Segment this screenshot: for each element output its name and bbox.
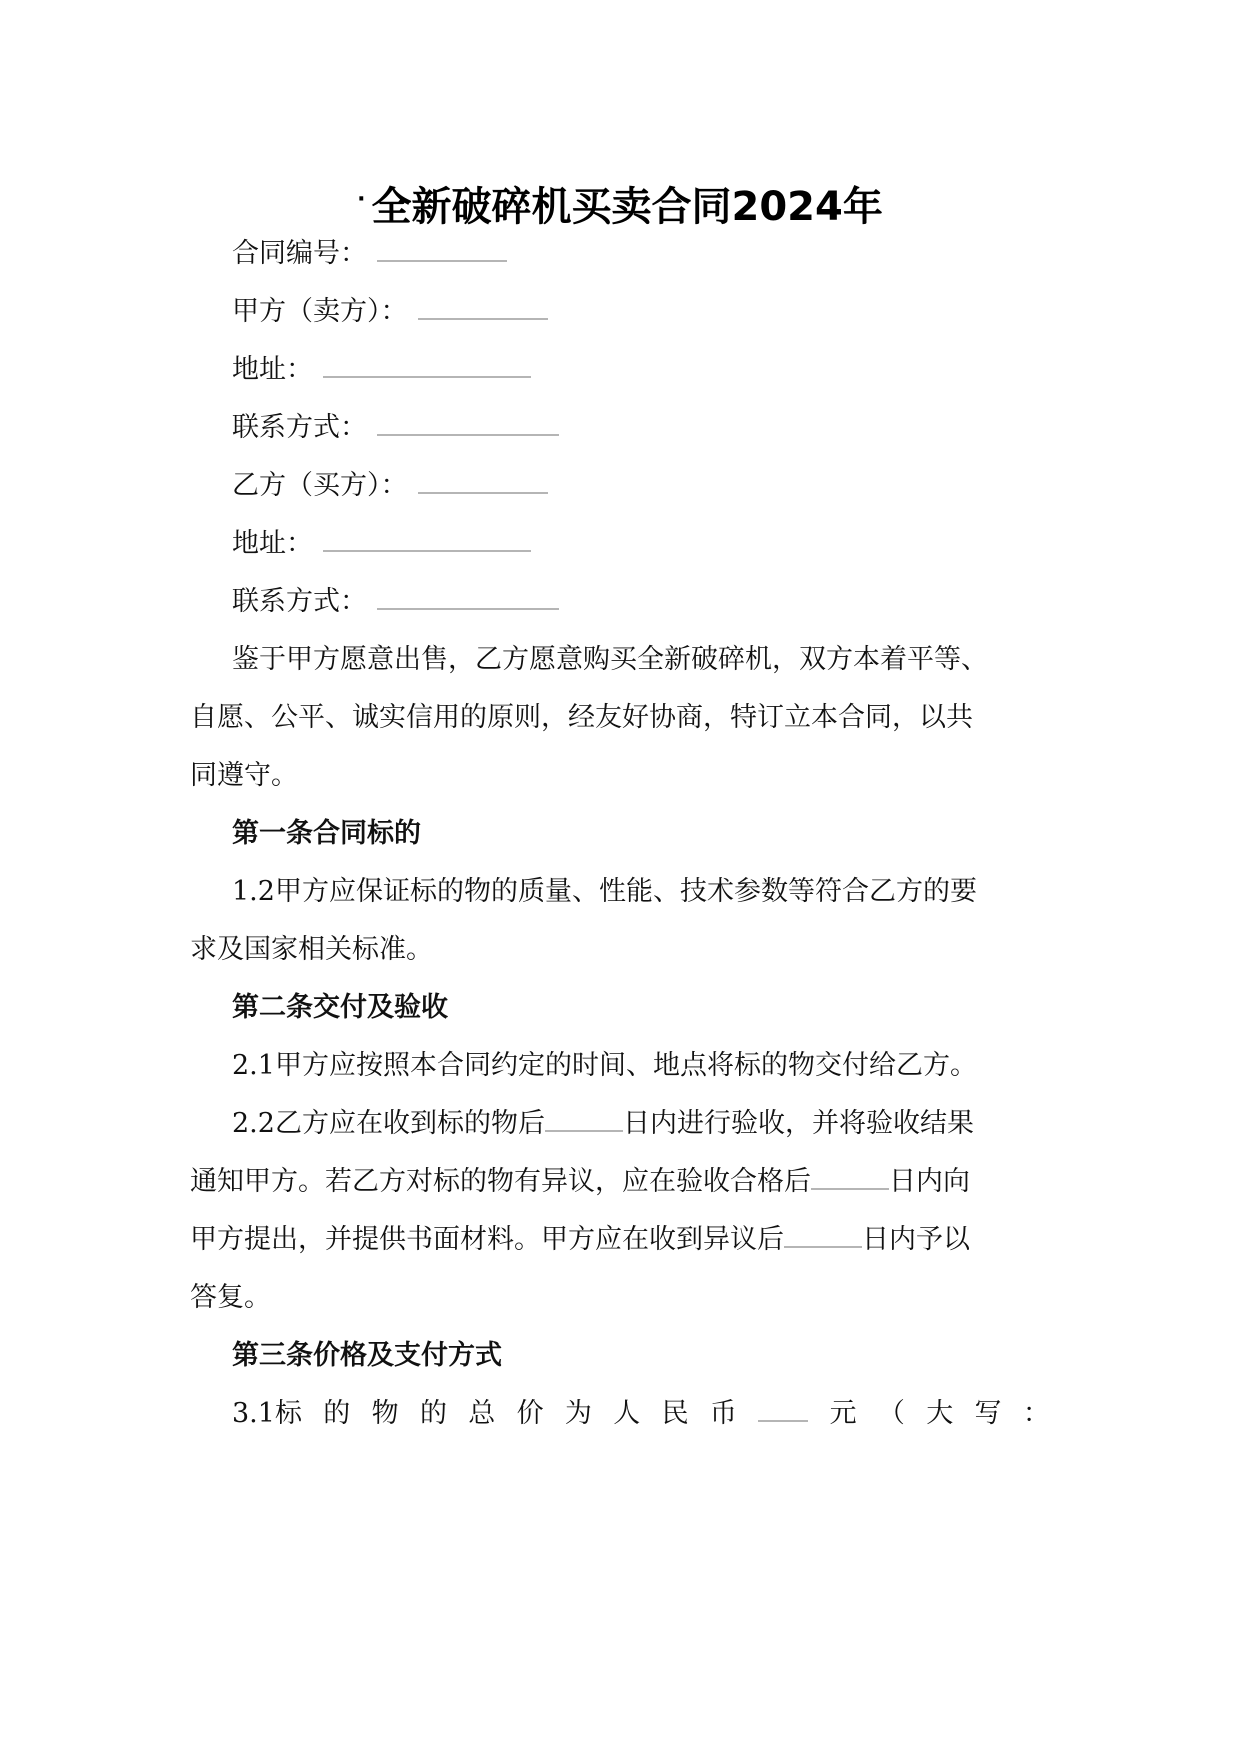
field-label: 合同编号： (232, 234, 367, 274)
clause-text: 日内予以 (862, 1224, 970, 1255)
clause-char: 币 (710, 1394, 737, 1434)
preamble-line-2: 自愿、公平、诚实信用的原则，经友好协商，特订立本合同，以共 (190, 698, 1050, 738)
clause-2-2-line-3: 甲方提出，并提供书面材料。甲方应在收到异议后日内予以 (190, 1220, 1050, 1260)
clause-char: 物 (372, 1394, 399, 1434)
section-2-heading: 第二条交付及验收 (232, 988, 1050, 1028)
field-party-a: 甲方（卖方）： (232, 290, 1050, 332)
total-price-blank[interactable] (758, 1394, 808, 1422)
title-text: 全新破碎机买卖合同2024年 (372, 184, 883, 230)
contract-number-blank[interactable] (377, 232, 507, 262)
clause-char: 人 (613, 1394, 640, 1434)
field-label: 地址： (232, 350, 313, 390)
preamble-line-3: 同遵守。 (190, 756, 1050, 796)
field-party-b-address: 地址： (232, 522, 1050, 564)
clause-char: 为 (565, 1394, 592, 1434)
field-label: 地址： (232, 524, 313, 564)
clause-char: 的 (420, 1394, 447, 1434)
inspection-days-blank[interactable] (545, 1104, 623, 1132)
clause-char: 总 (468, 1394, 495, 1434)
clause-3-1-line-1: 3.1标 的 物 的 总 价 为 人 民 币 元 （ 大 写 ： (232, 1394, 1050, 1434)
clause-text: 通知甲方。若乙方对标的物有异议，应在验收合格后 (190, 1166, 811, 1197)
reply-days-blank[interactable] (784, 1220, 862, 1248)
field-label: 甲方（卖方）： (232, 292, 408, 332)
party-b-contact-blank[interactable] (377, 580, 559, 610)
clause-1-2-line-2: 求及国家相关标准。 (190, 930, 1050, 970)
clause-2-2-line-1: 2.2乙方应在收到标的物后日内进行验收，并将验收结果 (232, 1104, 1050, 1144)
clause-2-2-line-4: 答复。 (190, 1278, 1050, 1318)
clause-text: 甲方提出，并提供书面材料。甲方应在收到异议后 (190, 1224, 784, 1255)
clause-char: （ (878, 1394, 905, 1434)
field-contract-number: 合同编号： (232, 232, 1050, 274)
field-label: 联系方式： (232, 408, 367, 448)
clause-text: 日内向 (889, 1166, 970, 1197)
party-a-address-blank[interactable] (323, 348, 531, 378)
clause-char: 价 (517, 1394, 544, 1434)
clause-char: 3.1标 (232, 1394, 302, 1434)
clause-char: 大 (926, 1394, 953, 1434)
field-party-a-contact: 联系方式： (232, 406, 1050, 448)
field-label: 乙方（买方）： (232, 466, 408, 506)
field-party-a-address: 地址： (232, 348, 1050, 390)
party-b-blank[interactable] (418, 464, 548, 494)
section-3-heading: 第三条价格及支付方式 (232, 1336, 1050, 1376)
clause-2-2-line-2: 通知甲方。若乙方对标的物有异议，应在验收合格后日内向 (190, 1162, 1050, 1202)
field-party-b-contact: 联系方式： (232, 580, 1050, 622)
section-1-heading: 第一条合同标的 (232, 814, 1050, 854)
objection-days-blank[interactable] (811, 1162, 889, 1190)
preamble-line-1: 鉴于甲方愿意出售，乙方愿意购买全新破碎机，双方本着平等、 (232, 640, 1050, 680)
party-a-blank[interactable] (418, 290, 548, 320)
clause-1-2-line-1: 1.2甲方应保证标的物的质量、性能、技术参数等符合乙方的要 (232, 872, 1050, 912)
clause-2-1: 2.1甲方应按照本合同约定的时间、地点将标的物交付给乙方。 (232, 1046, 1050, 1086)
document-page: ·全新破碎机买卖合同2024年 合同编号： 甲方（卖方）： 地址： 联系方式： … (0, 0, 1240, 1753)
clause-text: 日内进行验收，并将验收结果 (623, 1108, 974, 1139)
field-party-b: 乙方（买方）： (232, 464, 1050, 506)
clause-char: 元 (830, 1394, 857, 1434)
clause-char: 写 (975, 1394, 1002, 1434)
clause-char: 民 (662, 1394, 689, 1434)
party-a-contact-blank[interactable] (377, 406, 559, 436)
field-label: 联系方式： (232, 582, 367, 622)
title-bullet: · (357, 187, 365, 212)
clause-char: ： (1023, 1394, 1050, 1434)
clause-char: 的 (323, 1394, 350, 1434)
document-title: ·全新破碎机买卖合同2024年 (0, 170, 1240, 237)
clause-text: 2.2乙方应在收到标的物后 (232, 1108, 545, 1139)
party-b-address-blank[interactable] (323, 522, 531, 552)
